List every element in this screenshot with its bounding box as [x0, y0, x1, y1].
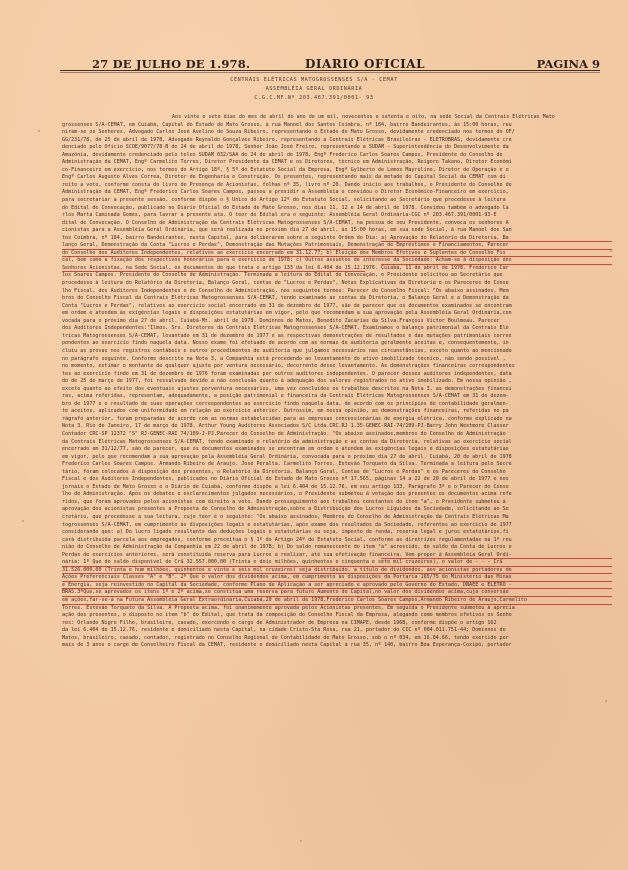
text-line: Matos, brasileiro, casado, contador, reg…	[62, 635, 612, 643]
text-line: Amazônia, devidamente credenciado pelo t…	[62, 152, 612, 160]
text-line: dital de Convocação. O Conselho de Admin…	[62, 220, 612, 228]
text-line: vocada para o próximo dia 27 de abril. C…	[62, 318, 612, 326]
text-line: do de 25 de março de 1977, foi ressalvad…	[62, 378, 612, 386]
text-line: tos Coimbra, nº 184, bairro Bandeirantes…	[62, 235, 612, 243]
text-line: denciado pelo Ofício SCOE/9077/78-B de 2…	[62, 144, 612, 152]
company-name: CENTRAIS ELÉTRICAS MATOGROSSENSES S/A - …	[0, 77, 628, 83]
page-number: PAGINA 9	[537, 57, 600, 71]
text-line: nária: 1º Que do saldo disponível de Cr$…	[62, 559, 612, 567]
text-line: cará distribuída parcela aos empregados,…	[62, 537, 612, 545]
text-line: considerando que: a) Do lucro ligado res…	[62, 529, 612, 537]
text-line: tário, foram colocados à disposição dos …	[62, 469, 612, 477]
text-line: togrossenses S/A-CEMAT, em cumprimento à…	[62, 522, 612, 530]
text-line: cionistas para a Assembléia Geral Ordiná…	[62, 227, 612, 235]
text-line: jornais o Estado de Mato Grosso e o Diár…	[62, 484, 612, 492]
text-line: niram-se os Senhores, Advogado Carlos Jo…	[62, 129, 612, 137]
issue-date: 27 DE JULHO DE 1.978.	[92, 57, 250, 71]
text-line: Perdas de exercícios anteriores, será co…	[62, 552, 612, 560]
text-line: Aos vinte e sete dias do mes de abril do…	[62, 114, 612, 122]
text-line: los Soares Campos. Presidente do Conselh…	[62, 272, 612, 280]
text-line: ação dos presentes, o disposto no item "…	[62, 612, 612, 620]
text-line: Engº Carlos Augusto Alves Correa, Direto…	[62, 174, 612, 182]
text-line: procedesse à leitura do Relatório da Dir…	[62, 280, 612, 288]
text-line: Conta "Lucros e Perdas", relativos ao ex…	[62, 303, 612, 311]
text-line: aprovação dos acionistas presentes a Pro…	[62, 506, 612, 514]
text-line: bros do Conselho Fiscal da Centrais Elét…	[62, 295, 612, 303]
meeting-title: ASSEMBLÉIA GERAL ORDINÁRIA	[0, 86, 628, 92]
text-line: Nota 3. Rio de Janeiro, 17 de março de 1…	[62, 423, 612, 431]
text-line: em vigor, pelo que recomendam a sua apro…	[62, 454, 612, 462]
text-line: tes ao exercício findo em 31 de dezembro…	[62, 371, 612, 379]
text-line: GG/231/78, de 25 de abril de 1978, Advog…	[62, 137, 612, 145]
text-line: cal, bem como a fixação dos respectivos …	[62, 257, 612, 265]
text-line: 31.526.000,00 (Trinta e hum milhões, qui…	[62, 567, 612, 575]
text-line: e Energia, seja reinvestido no Capital d…	[62, 582, 612, 590]
text-line: do Conselho dos Auditores Independentes,…	[62, 250, 612, 258]
text-line: rlos Marta Caminada Gomes, para lavrar a…	[62, 212, 612, 220]
text-line: bro de 1977 e o resultado de suas operaç…	[62, 401, 612, 409]
text-line: em ações,far-se-á na Futura Assembléia G…	[62, 597, 612, 605]
text-line: co-Financeiro em exercício, nos termos d…	[62, 167, 612, 175]
text-line: da Centrais Elétricas Matogrossenses S/A…	[62, 439, 612, 447]
text-line: ridos, que foram aprovados pelos acionis…	[62, 499, 612, 507]
text-line: grossenses S/A-CEMAT, em Cuiabá, Capital…	[62, 122, 612, 130]
text-line: te aceitos, aplicados com uniformidade e…	[62, 408, 612, 416]
text-line: exceto quanto ao efeito dos eventuais aj…	[62, 386, 612, 394]
text-line: cretário, que procedesse a sua leitura, …	[62, 514, 612, 522]
text-line: da lei 6.404 de 15.12.76, residente e do…	[62, 627, 612, 635]
paper-speck	[605, 700, 607, 702]
paper-speck	[38, 130, 40, 132]
text-line: em ordem e atendem às exigências legais …	[62, 310, 612, 318]
paper-speck	[610, 250, 612, 252]
text-line: mais de 3 anos o cargo de Conselheiro Fi…	[62, 642, 612, 650]
text-line: nião do Conselho de Administração da Com…	[62, 544, 612, 552]
text-line: BRÁS.3ºQue,se aprovados os itens 1º e 2º…	[62, 589, 612, 597]
text-line: no momento, estimar o montante de qualqu…	[62, 363, 612, 371]
paper-speck	[300, 840, 302, 842]
text-line: Administração da CEMAT, Engº Carmelito T…	[62, 159, 612, 167]
text-line: ras, acima referidas, representam, adequ…	[62, 393, 612, 401]
header-rule	[60, 70, 600, 71]
text-line: no parágrafo seguinte. Conforme descrito…	[62, 356, 612, 364]
text-line: res: Orlando Nigro Filho, brasileiro, ca…	[62, 620, 612, 628]
text-line: Frederico Carlos Soares Campos. Armando …	[62, 461, 612, 469]
text-line: pondentes ao exercício findo naquela dat…	[62, 340, 612, 348]
text-line: rágrafo anterior, foram preparadas de ac…	[62, 416, 612, 424]
minutes-body: Aos vinte e sete dias do mes de abril do…	[62, 114, 612, 650]
scanned-newspaper-page: 27 DE JULHO DE 1.978. DIARIO OFICIAL PAG…	[0, 0, 628, 870]
text-line: do Edital de Convocação, publicado no Di…	[62, 205, 612, 213]
text-line: Contador CRC-SP 12372 "S" RJ-GENEC-RAI 7…	[62, 431, 612, 439]
text-line: Ações Preferenciais Classes "A" e "B". 2…	[62, 574, 612, 582]
text-line: Administração da CEMAT, Engº Frederico C…	[62, 189, 612, 197]
text-line: lho Fiscal, dos Auditores Independentes …	[62, 288, 612, 296]
cgc-number: C.G.C.MF.Nº 203.467.391/0001- 93	[0, 95, 628, 101]
text-line: Torres. Estevão Torquato da Silva. A Pro…	[62, 605, 612, 613]
text-line: lho de Administração. Após os debates e …	[62, 491, 612, 499]
text-line: tricas Matogrossenses S/A-CEMAT, levanta…	[62, 333, 612, 341]
newspaper-title: DIARIO OFICIAL	[305, 57, 425, 71]
text-line: dos Auditores Independentes:"Ilmos. Srs.…	[62, 325, 612, 333]
text-line: lanço Geral, Demonstração da Conta "Lucr…	[62, 242, 612, 250]
text-line: Fiscal e dos Auditores Independentes, pu…	[62, 476, 612, 484]
text-line: reito a voto, conforme consta do livro d…	[62, 182, 612, 190]
text-line: encerrado em 31/12/77, são de parecer, q…	[62, 446, 612, 454]
header-rule-secondary	[60, 72, 600, 73]
text-line: Senhores Acionistas, na Sede Social, os …	[62, 265, 612, 273]
text-line: para secretariar a presente sessão, conf…	[62, 197, 612, 205]
paper-speck	[22, 520, 24, 522]
text-line: cluiu as provas nos registros contábeis …	[62, 348, 612, 356]
